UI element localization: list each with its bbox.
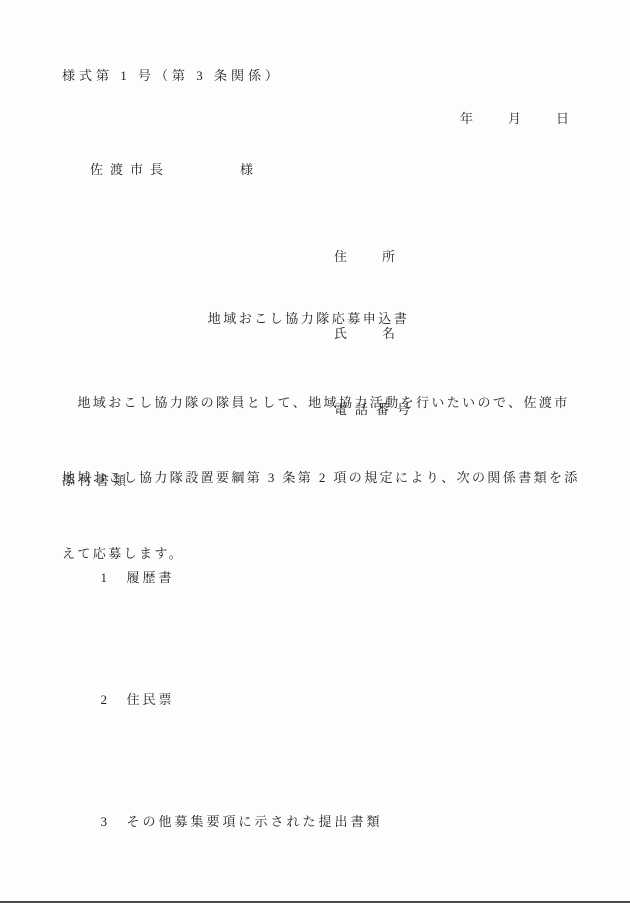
address-field-label: 住 所 bbox=[334, 244, 418, 270]
date-year-label: 年 bbox=[460, 111, 473, 126]
recipient-name: 佐渡市長 bbox=[90, 162, 170, 177]
attachment-item-number: 1 bbox=[101, 566, 127, 590]
attachments-list: 1履歴書 2住民票 3その他募集要項に示された提出書類 bbox=[62, 493, 383, 903]
date-day-label: 日 bbox=[556, 111, 569, 126]
document-title-row: 地域おこし協力隊応募申込書 bbox=[0, 292, 604, 343]
attachment-item-number: 2 bbox=[101, 688, 127, 712]
date-month-label: 月 bbox=[508, 111, 521, 126]
attachment-item-number: 3 bbox=[101, 810, 127, 834]
attachment-item: 2住民票 bbox=[62, 664, 383, 737]
body-line: 地域おこし協力隊設置要綱第 3 条第 2 項の規定により、次の関係書類を添 bbox=[62, 465, 578, 490]
date-line: 年月日 bbox=[447, 92, 569, 143]
attachment-item-label: 住民票 bbox=[127, 692, 175, 707]
attachment-item-label: 履歴書 bbox=[127, 570, 175, 585]
attachments-heading: 添付書類 bbox=[62, 470, 130, 489]
body-line: 地域おこし協力隊の隊員として、地域協力活動を行いたいので、佐渡市 bbox=[62, 390, 578, 415]
attachment-item: 3その他募集要項に示された提出書類 bbox=[62, 786, 383, 859]
attachment-item: 1履歴書 bbox=[62, 542, 383, 615]
document-title: 地域おこし協力隊応募申込書 bbox=[208, 311, 410, 326]
document-page: 様式第 1 号（第 3 条関係） 年月日 佐渡市長様 住 所 氏 名 電話番号 … bbox=[0, 0, 630, 903]
recipient-honorific: 様 bbox=[240, 162, 253, 177]
recipient-line: 佐渡市長様 bbox=[77, 143, 253, 194]
form-number: 様式第 1 号（第 3 条関係） bbox=[62, 65, 282, 84]
attachment-item-label: その他募集要項に示された提出書類 bbox=[127, 814, 383, 829]
